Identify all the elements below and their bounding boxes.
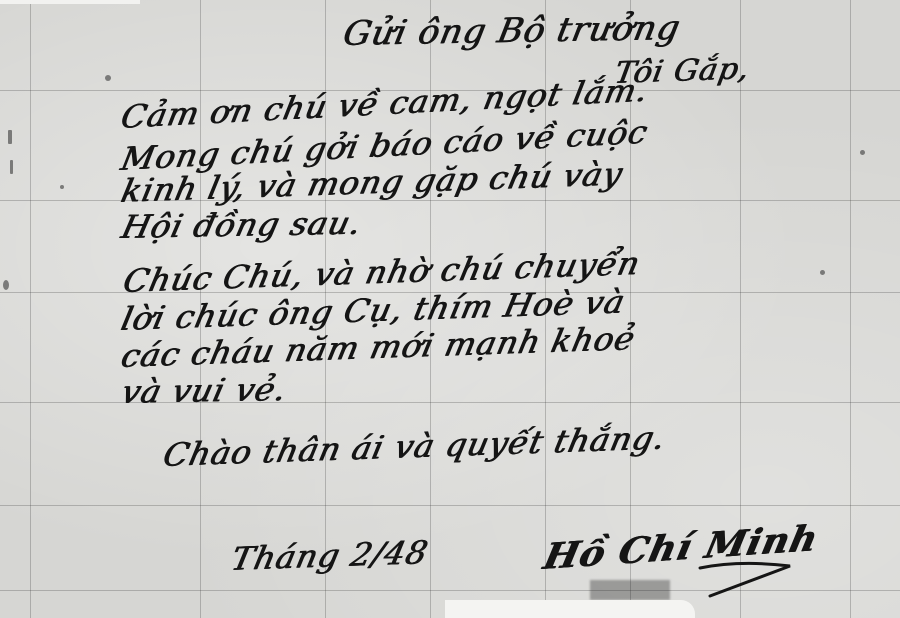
ink-speck <box>10 160 13 174</box>
ink-speck <box>860 150 865 155</box>
letter-date: Tháng 2/48 <box>228 533 432 578</box>
salutation-line-1: Gửi ông Bộ trưởng <box>340 8 684 54</box>
signature-flourish-icon <box>680 558 800 598</box>
torn-paper-corner <box>445 600 695 618</box>
grid-line <box>0 505 900 506</box>
body-line: Hội đồng sau. <box>118 204 366 246</box>
ink-speck <box>820 270 825 275</box>
ink-speck <box>8 130 12 144</box>
ink-smudge <box>590 580 670 600</box>
ink-speck <box>60 185 64 189</box>
paper-edge <box>0 0 140 4</box>
ink-speck <box>3 280 9 290</box>
body-line: và vui vẻ. <box>118 370 291 411</box>
ink-speck <box>105 75 111 81</box>
grid-line <box>850 0 851 618</box>
closing-line: Chào thân ái và quyết thắng. <box>160 419 670 474</box>
grid-line <box>30 0 31 618</box>
letter-paper: Gửi ông Bộ trưởng Tôi Gắp, Cảm ơn chú về… <box>0 0 900 618</box>
